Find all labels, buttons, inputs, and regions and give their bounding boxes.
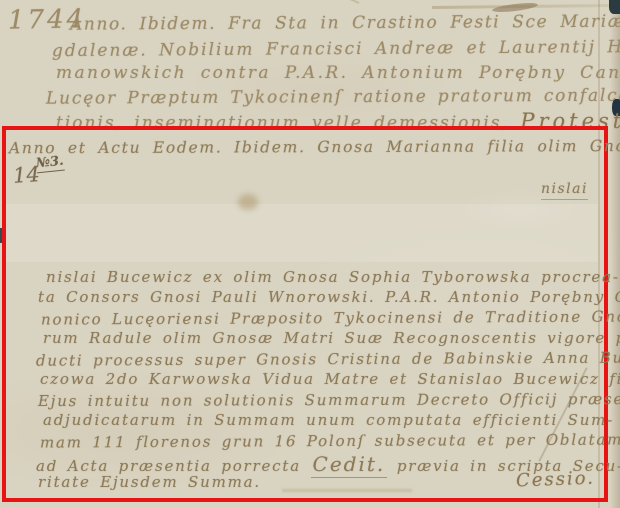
- entry-line: manowskich contra P.A.R. Antonium Porębn…: [56, 63, 620, 83]
- paper-light-band: [6, 204, 598, 262]
- body-line: czowa 2do Karwowska Vidua Matre et Stani…: [40, 370, 620, 388]
- entry-line: gdalenæ. Nobilium Francisci Andreæ et La…: [52, 37, 620, 61]
- body-line: nonico Lucęoriensi Præposito Tykocinensi…: [41, 307, 620, 328]
- body-line: ta Consors Gnosi Pauli Wnorowski. P.A.R.…: [38, 288, 620, 306]
- body-line: Ejus intuitu non solutionis Summarum Dec…: [38, 390, 620, 410]
- entry-line: Lucęor Præptum Tykocinenſ ratione prator…: [46, 85, 620, 108]
- body-line: nislai Bucewicz ex olim Gnosa Sophia Tyb…: [46, 268, 620, 286]
- body-line: mam 111 florenos grun 16 Polonſ subsecut…: [40, 430, 620, 451]
- entry-heading-line: Anno et Actu Eodem. Ibidem. Gnosa Marian…: [9, 137, 620, 157]
- cedit-word: Cedit.: [311, 452, 388, 478]
- protestatio-word: Protestatio.: [520, 109, 620, 133]
- entry-line: Anno. Ibidem. Fra Sta in Crastino Festi …: [70, 11, 620, 34]
- closing-word: Cessio.: [516, 468, 596, 492]
- entry-line-text: tionis, inseminationum velle demessionis…: [56, 113, 520, 133]
- paper-stain: [238, 194, 258, 210]
- entry-line: tionis, inseminationum velle demessionis…: [56, 109, 620, 133]
- catchword: nislai: [541, 181, 588, 200]
- margin-number: 14: [12, 162, 40, 188]
- manuscript-page: 1744 Anno. Ibidem. Fra Sta in Crastino F…: [0, 0, 620, 508]
- body-line: adjudicatarum in Summam unum computata e…: [43, 411, 614, 429]
- scan-edge-mark: [0, 228, 4, 243]
- ink-smear: [282, 489, 412, 492]
- body-line: ritate Ejusdem Summa.: [38, 473, 261, 491]
- body-line: rum Radule olim Gnosæ Matri Suæ Recognos…: [43, 329, 620, 347]
- body-line: ducti processus super Gnosis Cristina de…: [36, 348, 620, 369]
